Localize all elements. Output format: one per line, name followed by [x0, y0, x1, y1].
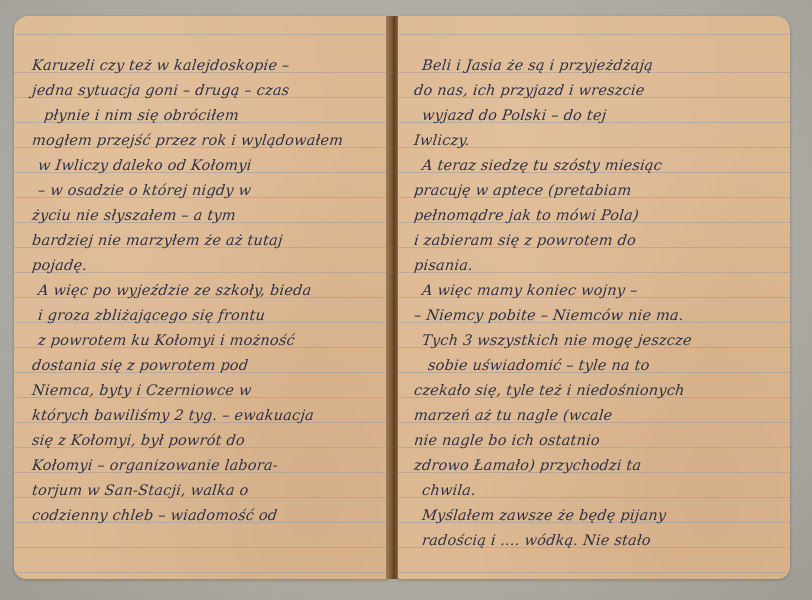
handwritten-line: których bawiliśmy 2 tyg. – ewakuacja [14, 404, 389, 429]
handwritten-line: się z Kołomyi, był powrót do [14, 429, 389, 454]
handwritten-line: pojadę. [14, 254, 389, 279]
handwritten-line: do nas, ich przyjazd i wreszcie [398, 79, 790, 104]
left-page-text: Karuzeli czy też w kalejdoskopie – jedna… [14, 54, 389, 529]
handwritten-line: chwila. [398, 479, 790, 504]
handwritten-line: zdrowo Łamało) przychodzi ta [398, 454, 790, 479]
handwritten-line: torjum w San-Stacji, walka o [14, 479, 389, 504]
handwritten-line: Karuzeli czy też w kalejdoskopie – [14, 54, 389, 79]
handwritten-line: wyjazd do Polski – do tej [398, 104, 790, 129]
handwritten-line: Myślałem zawsze że będę pijany [398, 504, 790, 529]
handwritten-line: marzeń aż tu nagle (wcale [398, 404, 790, 429]
handwritten-line: płynie i nim się obróciłem [14, 104, 389, 129]
handwritten-line: A więc mamy koniec wojny – [398, 279, 790, 304]
handwritten-line: mogłem przejść przez rok i wylądowałem [14, 129, 389, 154]
handwritten-line: A więc po wyjeździe ze szkoły, bieda [14, 279, 389, 304]
handwritten-line: Kołomyi – organizowanie labora- [14, 454, 389, 479]
handwritten-line: bardziej nie marzyłem że aż tutaj [14, 229, 389, 254]
handwritten-line: – w osadzie o której nigdy w [14, 179, 389, 204]
handwritten-line: Tych 3 wszystkich nie mogę jeszcze [398, 329, 790, 354]
handwritten-line: jedna sytuacja goni – drugą – czas [14, 79, 389, 104]
handwritten-line: pracuję w aptece (pretabiam [398, 179, 790, 204]
handwritten-line: i groza zbliżającego się frontu [14, 304, 389, 329]
handwritten-line: z powrotem ku Kołomyi i możność [14, 329, 389, 354]
handwritten-line: w Iwliczy daleko od Kołomyi [14, 154, 389, 179]
handwritten-line: i zabieram się z powrotem do [398, 229, 790, 254]
handwritten-line: – Niemcy pobite – Niemców nie ma. [398, 304, 790, 329]
handwritten-line: Iwliczy. [398, 129, 790, 154]
handwritten-line: nie nagle bo ich ostatnio [398, 429, 790, 454]
handwritten-line: Beli i Jasia że są i przyjeżdżają [398, 54, 790, 79]
handwritten-line: pisania. [398, 254, 790, 279]
right-page: Beli i Jasia że są i przyjeżdżają do nas… [398, 16, 790, 579]
handwritten-line: czekało się, tyle też i niedośnionych [398, 379, 790, 404]
open-notebook: Karuzeli czy też w kalejdoskopie – jedna… [14, 16, 792, 579]
handwritten-line: codzienny chleb – wiadomość od [14, 504, 389, 529]
handwritten-line: A teraz siedzę tu szósty miesiąc [398, 154, 790, 179]
left-page: Karuzeli czy też w kalejdoskopie – jedna… [14, 16, 389, 579]
handwritten-line: życiu nie słyszałem – a tym [14, 204, 389, 229]
handwritten-line: dostania się z powrotem pod [14, 354, 389, 379]
right-page-text: Beli i Jasia że są i przyjeżdżają do nas… [398, 54, 790, 554]
handwritten-line: sobie uświadomić – tyle na to [398, 354, 790, 379]
handwritten-line: radością i .... wódką. Nie stało [398, 529, 790, 554]
handwritten-line: Niemca, byty i Czerniowce w [14, 379, 389, 404]
handwritten-line: pełnomądre jak to mówi Pola) [398, 204, 790, 229]
